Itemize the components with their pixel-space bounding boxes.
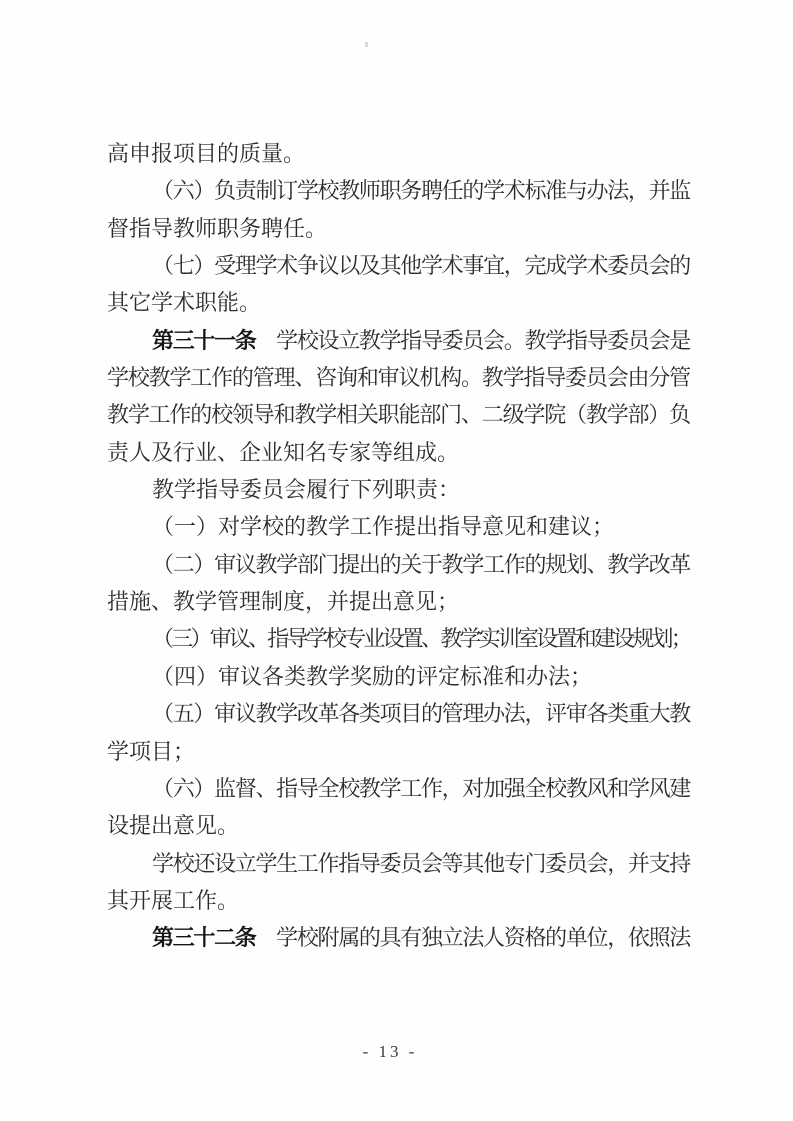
text-line: 学校教学工作的管理、咨询和审议机构。教学指导委员会由分管 bbox=[107, 359, 690, 396]
text-line: 督指导教师职务聘任。 bbox=[107, 210, 690, 247]
document-body: 高申报项目的质量。（六）负责制订学校教师职务聘任的学术标准与办法，并监督指导教师… bbox=[107, 135, 690, 957]
line-text: （三）审议、指导学校专业设置、教学实训室设置和建设规划； bbox=[152, 626, 690, 651]
text-line: 措施、教学管理制度，并提出意见； bbox=[107, 583, 690, 620]
line-text: 学项目； bbox=[107, 739, 195, 764]
line-content: 设提出意见。 bbox=[107, 813, 239, 838]
document-page: 高申报项目的质量。（六）负责制订学校教师职务聘任的学术标准与办法，并监督指导教师… bbox=[0, 0, 793, 1121]
text-line: 其开展工作。 bbox=[107, 882, 690, 919]
line-content: 学项目； bbox=[107, 739, 195, 764]
line-content: 措施、教学管理制度，并提出意见； bbox=[107, 589, 459, 614]
line-content: （六）监督、指导全校教学工作，对加强全校教风和学风建 bbox=[152, 776, 690, 801]
line-text: （一）对学校的教学工作提出指导意见和建议； bbox=[152, 514, 614, 539]
page-footer: - 13 - bbox=[0, 1042, 780, 1062]
text-line: 学项目； bbox=[107, 733, 690, 770]
text-line: 其它学术职能。 bbox=[107, 284, 690, 321]
text-line: （六）负责制订学校教师职务聘任的学术标准与办法，并监 bbox=[107, 172, 690, 209]
article-number: 第三十二条 bbox=[152, 925, 255, 950]
line-content: （一）对学校的教学工作提出指导意见和建议； bbox=[152, 514, 614, 539]
line-content: 责人及行业、企业知名专家等组成。 bbox=[107, 440, 459, 465]
line-text: 学校教学工作的管理、咨询和审议机构。教学指导委员会由分管 bbox=[107, 365, 690, 390]
line-text: 其它学术职能。 bbox=[107, 290, 261, 315]
line-text: （六）负责制订学校教师职务聘任的学术标准与办法，并监 bbox=[152, 178, 690, 203]
line-text: 其开展工作。 bbox=[107, 888, 239, 913]
line-text: 学校还设立学生工作指导委员会等其他专门委员会，并支持 bbox=[152, 851, 690, 876]
page-number: - 13 - bbox=[363, 1042, 418, 1061]
line-content: （三）审议、指导学校专业设置、教学实训室设置和建设规划； bbox=[152, 626, 690, 651]
line-content: 高申报项目的质量。 bbox=[107, 141, 305, 166]
line-text: 措施、教学管理制度，并提出意见； bbox=[107, 589, 459, 614]
article-number: 第三十一条 bbox=[152, 328, 255, 353]
line-content: （四）审议各类教学奖励的评定标准和办法； bbox=[152, 664, 592, 689]
text-line: 高申报项目的质量。 bbox=[107, 135, 690, 172]
line-text: （四）审议各类教学奖励的评定标准和办法； bbox=[152, 664, 592, 689]
line-text: （二）审议教学部门提出的关于教学工作的规划、教学改革 bbox=[152, 552, 690, 577]
text-line: （七）受理学术争议以及其他学术事宜，完成学术委员会的 bbox=[107, 247, 690, 284]
line-text: 教学指导委员会履行下列职责： bbox=[152, 477, 460, 502]
line-text: （五）审议教学改革各类项目的管理办法，评审各类重大教 bbox=[152, 701, 690, 726]
line-content: 教学指导委员会履行下列职责： bbox=[152, 477, 460, 502]
line-content: （七）受理学术争议以及其他学术事宜，完成学术委员会的 bbox=[152, 253, 690, 278]
line-text: 责人及行业、企业知名专家等组成。 bbox=[107, 440, 459, 465]
text-line: （一）对学校的教学工作提出指导意见和建议； bbox=[107, 508, 690, 545]
text-line: （六）监督、指导全校教学工作，对加强全校教风和学风建 bbox=[107, 770, 690, 807]
line-content: 其它学术职能。 bbox=[107, 290, 261, 315]
line-content: 其开展工作。 bbox=[107, 888, 239, 913]
text-line: 责人及行业、企业知名专家等组成。 bbox=[107, 434, 690, 471]
line-text: 教学工作的校领导和教学相关职能部门、二级学院（教学部）负 bbox=[107, 402, 690, 427]
article-line: 第三十二条 学校附属的具有独立法人资格的单位，依照法 bbox=[107, 919, 690, 956]
text-line: 学校还设立学生工作指导委员会等其他专门委员会，并支持 bbox=[107, 845, 690, 882]
text-line: 教学指导委员会履行下列职责： bbox=[107, 471, 690, 508]
line-content: 学校还设立学生工作指导委员会等其他专门委员会，并支持 bbox=[152, 851, 690, 876]
text-line: 设提出意见。 bbox=[107, 807, 690, 844]
line-text: 学校设立教学指导委员会。教学指导委员会是 bbox=[276, 328, 690, 353]
text-line: 教学工作的校领导和教学相关职能部门、二级学院（教学部）负 bbox=[107, 396, 690, 433]
line-content: 学校教学工作的管理、咨询和审议机构。教学指导委员会由分管 bbox=[107, 365, 690, 390]
line-content: （二）审议教学部门提出的关于教学工作的规划、教学改革 bbox=[152, 552, 690, 577]
scan-noise-speck bbox=[365, 42, 368, 47]
line-text: （七）受理学术争议以及其他学术事宜，完成学术委员会的 bbox=[152, 253, 690, 278]
line-content: 第三十二条 学校附属的具有独立法人资格的单位，依照法 bbox=[152, 925, 690, 950]
line-content: 第三十一条 学校设立教学指导委员会。教学指导委员会是 bbox=[152, 328, 690, 353]
article-line: 第三十一条 学校设立教学指导委员会。教学指导委员会是 bbox=[107, 322, 690, 359]
text-line: （三）审议、指导学校专业设置、教学实训室设置和建设规划； bbox=[107, 620, 690, 657]
line-content: （五）审议教学改革各类项目的管理办法，评审各类重大教 bbox=[152, 701, 690, 726]
text-line: （二）审议教学部门提出的关于教学工作的规划、教学改革 bbox=[107, 546, 690, 583]
line-text: 高申报项目的质量。 bbox=[107, 141, 305, 166]
line-text: 督指导教师职务聘任。 bbox=[107, 216, 327, 241]
line-content: 督指导教师职务聘任。 bbox=[107, 216, 327, 241]
line-text: 学校附属的具有独立法人资格的单位，依照法 bbox=[276, 925, 690, 950]
line-text: 设提出意见。 bbox=[107, 813, 239, 838]
text-line: （四）审议各类教学奖励的评定标准和办法； bbox=[107, 658, 690, 695]
line-text: （六）监督、指导全校教学工作，对加强全校教风和学风建 bbox=[152, 776, 690, 801]
line-content: （六）负责制订学校教师职务聘任的学术标准与办法，并监 bbox=[152, 178, 690, 203]
line-content: 教学工作的校领导和教学相关职能部门、二级学院（教学部）负 bbox=[107, 402, 690, 427]
text-line: （五）审议教学改革各类项目的管理办法，评审各类重大教 bbox=[107, 695, 690, 732]
